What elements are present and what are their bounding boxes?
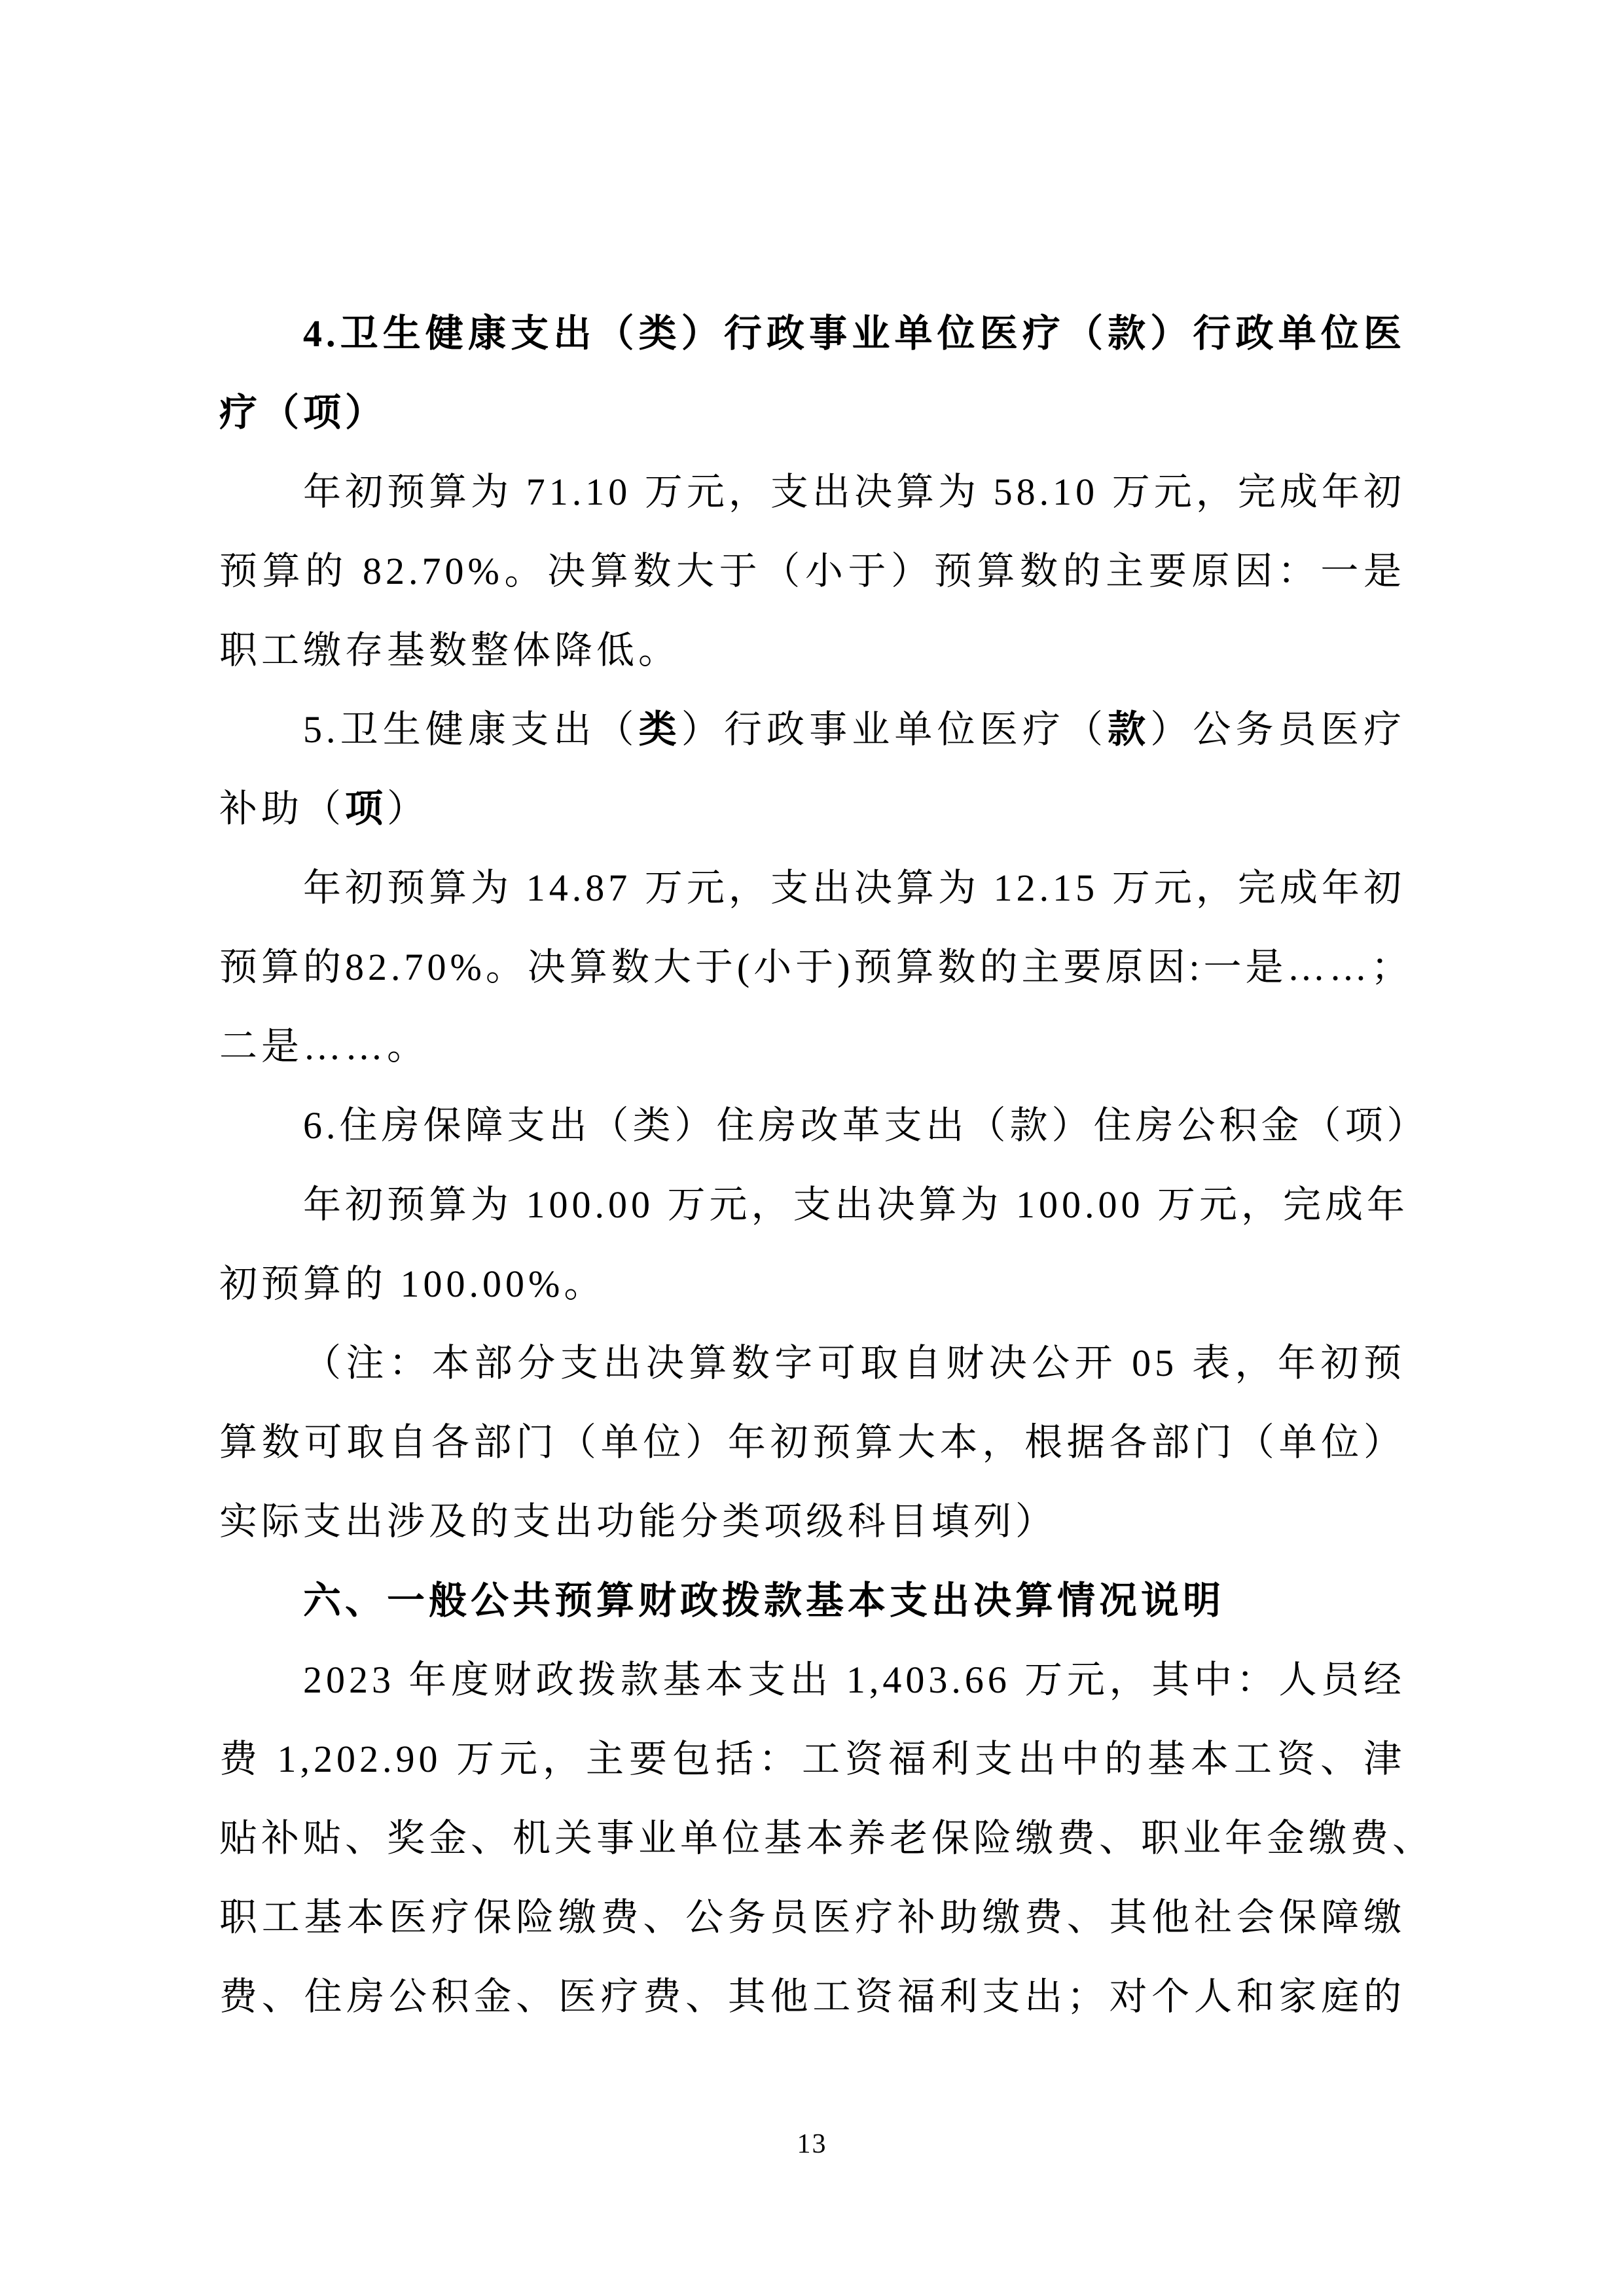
text-run: 预算的 82.70%。决算数大于（小于）预算数的主要原因：一是: [219, 550, 1405, 592]
bold-text-run: 项: [345, 787, 387, 830]
note-paragraph-line: 算数可取自各部门（单位）年初预算大本，根据各部门（单位）: [219, 1403, 1405, 1482]
section-6-heading-line: 6.住房保障支出（类）住房改革支出（款）住房公积金（项）: [219, 1086, 1405, 1165]
bold-text-run: 类: [639, 708, 681, 751]
text-run: 算数可取自各部门（单位）年初预算大本，根据各部门（单位）: [219, 1421, 1405, 1463]
text-run: 5.卫生健康支出（: [303, 708, 639, 751]
text-run: 费、住房公积金、医疗费、其他工资福利支出；对个人和家庭的: [219, 1975, 1405, 2018]
section-5-body-line: 预算的82.70%。决算数大于(小于)预算数的主要原因:一是……；: [219, 927, 1405, 1007]
text-run: 费 1,202.90 万元，主要包括：工资福利支出中的基本工资、津: [219, 1738, 1405, 1780]
text-run: ）公务员医疗: [1150, 708, 1405, 751]
bold-text-run: 疗（项）: [219, 391, 387, 434]
chapter-6-body-line: 费 1,202.90 万元，主要包括：工资福利支出中的基本工资、津: [219, 1719, 1405, 1799]
chapter-6-body-line: 2023 年度财政拨款基本支出 1,403.66 万元，其中：人员经: [219, 1640, 1405, 1719]
document-page: 4.卫生健康支出（类）行政事业单位医疗（款）行政单位医疗（项）年初预算为 71.…: [0, 0, 1624, 2296]
text-run: ）: [387, 787, 429, 830]
text-run: 贴补贴、奖金、机关事业单位基本养老保险缴费、职业年金缴费、: [219, 1817, 1434, 1859]
chapter-6-body-line: 职工基本医疗保险缴费、公务员医疗补助缴费、其他社会保障缴: [219, 1878, 1405, 1957]
chapter-6-heading-line: 六、一般公共预算财政拨款基本支出决算情况说明: [219, 1561, 1405, 1640]
text-run: 职工缴存基数整体降低。: [219, 629, 680, 672]
bold-text-run: 4.卫生健康支出（类）行政事业单位医疗（款）行政单位医: [303, 312, 1405, 355]
section-6-body-line: 年初预算为 100.00 万元，支出决算为 100.00 万元，完成年: [219, 1165, 1405, 1244]
bold-text-run: 六、一般公共预算财政拨款基本支出决算情况说明: [303, 1579, 1225, 1622]
text-run: 年初预算为 100.00 万元，支出决算为 100.00 万元，完成年: [303, 1183, 1409, 1226]
document-body: 4.卫生健康支出（类）行政事业单位医疗（款）行政单位医疗（项）年初预算为 71.…: [219, 294, 1405, 2036]
section-4-heading-line: 疗（项）: [219, 373, 1405, 452]
text-run: 年初预算为 14.87 万元，支出决算为 12.15 万元，完成年初: [303, 867, 1405, 909]
text-run: 2023 年度财政拨款基本支出 1,403.66 万元，其中：人员经: [303, 1659, 1405, 1701]
chapter-6-body-line: 费、住房公积金、医疗费、其他工资福利支出；对个人和家庭的: [219, 1957, 1405, 2036]
page-number: 13: [0, 2128, 1624, 2160]
text-run: 6.住房保障支出（类）住房改革支出（款）住房公积金（项）: [303, 1104, 1429, 1147]
text-run: ）行政事业单位医疗（: [681, 708, 1108, 751]
text-run: 初预算的 100.00%。: [219, 1263, 605, 1305]
section-6-body-line: 初预算的 100.00%。: [219, 1244, 1405, 1323]
text-run: 实际支出涉及的支出功能分类项级科目填列）: [219, 1500, 1057, 1543]
section-4-body-line: 年初预算为 71.10 万元，支出决算为 58.10 万元，完成年初: [219, 452, 1405, 531]
text-run: （注：本部分支出决算数字可取自财决公开 05 表，年初预: [303, 1342, 1405, 1384]
section-5-heading-line: 补助（项）: [219, 769, 1405, 848]
note-paragraph-line: 实际支出涉及的支出功能分类项级科目填列）: [219, 1482, 1405, 1561]
section-5-heading-line: 5.卫生健康支出（类）行政事业单位医疗（款）公务员医疗: [219, 690, 1405, 769]
text-run: 年初预算为 71.10 万元，支出决算为 58.10 万元，完成年初: [303, 471, 1405, 513]
note-paragraph-line: （注：本部分支出决算数字可取自财决公开 05 表，年初预: [219, 1323, 1405, 1403]
section-5-body-line: 二是……。: [219, 1007, 1405, 1086]
section-4-body-line: 预算的 82.70%。决算数大于（小于）预算数的主要原因：一是: [219, 531, 1405, 611]
text-run: 预算的82.70%。决算数大于(小于)预算数的主要原因:一是……；: [219, 946, 1413, 988]
bold-text-run: 款: [1108, 708, 1150, 751]
text-run: 二是……。: [219, 1025, 429, 1067]
section-5-body-line: 年初预算为 14.87 万元，支出决算为 12.15 万元，完成年初: [219, 848, 1405, 927]
section-4-body-line: 职工缴存基数整体降低。: [219, 611, 1405, 690]
chapter-6-body-line: 贴补贴、奖金、机关事业单位基本养老保险缴费、职业年金缴费、: [219, 1799, 1405, 1878]
text-run: 职工基本医疗保险缴费、公务员医疗补助缴费、其他社会保障缴: [219, 1896, 1405, 1939]
section-4-heading-line: 4.卫生健康支出（类）行政事业单位医疗（款）行政单位医: [219, 294, 1405, 373]
text-run: 补助（: [219, 787, 345, 830]
